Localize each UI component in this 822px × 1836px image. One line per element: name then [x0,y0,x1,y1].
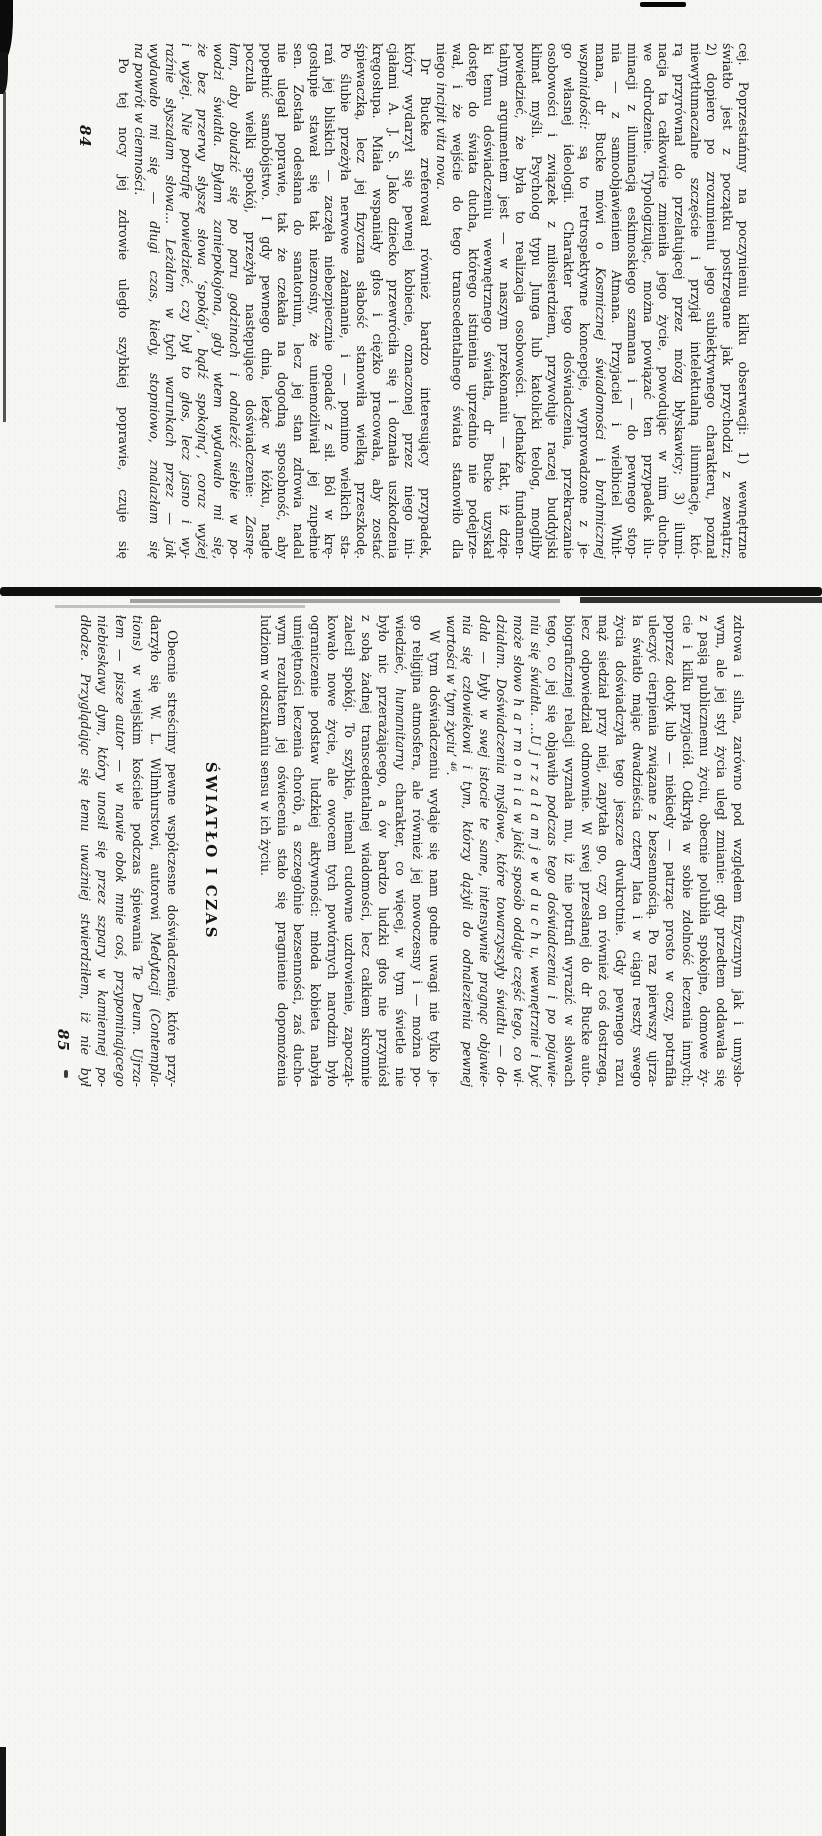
text-line: cie i kilku przyjaciół. Odkryła w sobie … [678,615,695,1087]
text-line: z sobą żadnej transcedentalnej wiadomośc… [357,615,374,1087]
text-line: ograniczenie podstaw ludzkiej aktywności… [306,615,323,1087]
page-85-text-top: zdrowa i silna, zarówno pod względem fiz… [256,615,746,1087]
text-line: dała — były w swej istocie te same, inte… [476,615,493,1087]
section-heading: ŚWIATŁO I CZAS [202,615,220,1087]
text-line: W tym doświadczeniu wydaje się nam godne… [425,615,442,1087]
text-line: nia się człowiekowi i tym, którzy dążyli… [459,615,476,1087]
text-line: zdrowa i silna, zarówno pod względem fiz… [729,615,746,1087]
book-scan: cej. Poprzestańmy na poczynieniu kilku o… [0,0,822,1836]
text-line: tions) w wiejskim kościele podczas śpiew… [129,615,146,1087]
text-line: wartości w ‘tym życiu’ ⁴⁶. [442,615,459,1087]
text-line: działam. Doświadczenia myślowe, które to… [492,615,509,1087]
text-line: z pasją publicznemu życiu, obecnie polub… [695,615,712,1087]
page-85-number: 85 [54,1029,72,1052]
text-line: lecz odpowiedział odmownie. W swej przes… [577,615,594,1087]
text-line: biograficznej relacji wyznała mu, iż nie… [560,615,577,1087]
text-line: życia doświadczyła tego jeszcze dwukrotn… [611,615,628,1087]
text-line: umiejętności leczenia chorób, a szczegól… [290,615,307,1087]
book-spread: cej. Poprzestańmy na poczynieniu kilku o… [0,0,822,1836]
text-line: ludziom w odszukaniu sensu w ich życiu. [256,615,273,1087]
text-line: kowało nowe życie, ale owocem tych powtó… [323,615,340,1087]
text-line: może słowo h a r m o n i a w jakiś sposó… [509,615,526,1087]
text-line: niebieskawy dym, który unosił się przez … [94,615,111,1087]
text-line: wym rezultatem jej oświecenia stało się … [273,615,290,1087]
text-line: tego, co jej się objawiło podczas tego d… [543,615,560,1087]
text-line: mąż siedział przy niej, zapytała go, czy… [594,615,611,1087]
text-line: niu się światła. ...U j r z a ł a m j e … [526,615,543,1087]
text-line: uleczyć cierpienia związane z bezsennośc… [645,615,662,1087]
text-line: wym, ale jej styl życia uległ zmianie: g… [712,615,729,1087]
text-line: ła światło mając dwadzieścia cztery lata… [628,615,645,1087]
text-line: poprzez dotyk lub — niekiedy — patrząc p… [661,615,678,1087]
text-line: dłodze. Przyglądając się temu uważniej s… [77,615,94,1087]
page-85: zdrowa i silna, zarówno pod względem fiz… [0,0,822,1836]
text-line: wiedzieć, humanitarny charakter, co więc… [391,615,408,1087]
text-line: Obecnie streścimy pewne współczesne dośw… [164,615,181,1087]
text-line: zalecił spokój. To szybkie, niemal cudow… [340,615,357,1087]
text-line: go religijna atmosfera, ale również jej … [408,615,425,1087]
text-line: darzyło się W. L. Wilmhurstowi, autorowi… [146,615,163,1087]
page-85-text-bottom: Obecnie streścimy pewne współczesne dośw… [77,615,181,1087]
text-line: łem — pisze autor — w nawie obok mnie co… [111,615,128,1087]
text-line: było nic przerażającego, a ów bardzo lud… [374,615,391,1087]
